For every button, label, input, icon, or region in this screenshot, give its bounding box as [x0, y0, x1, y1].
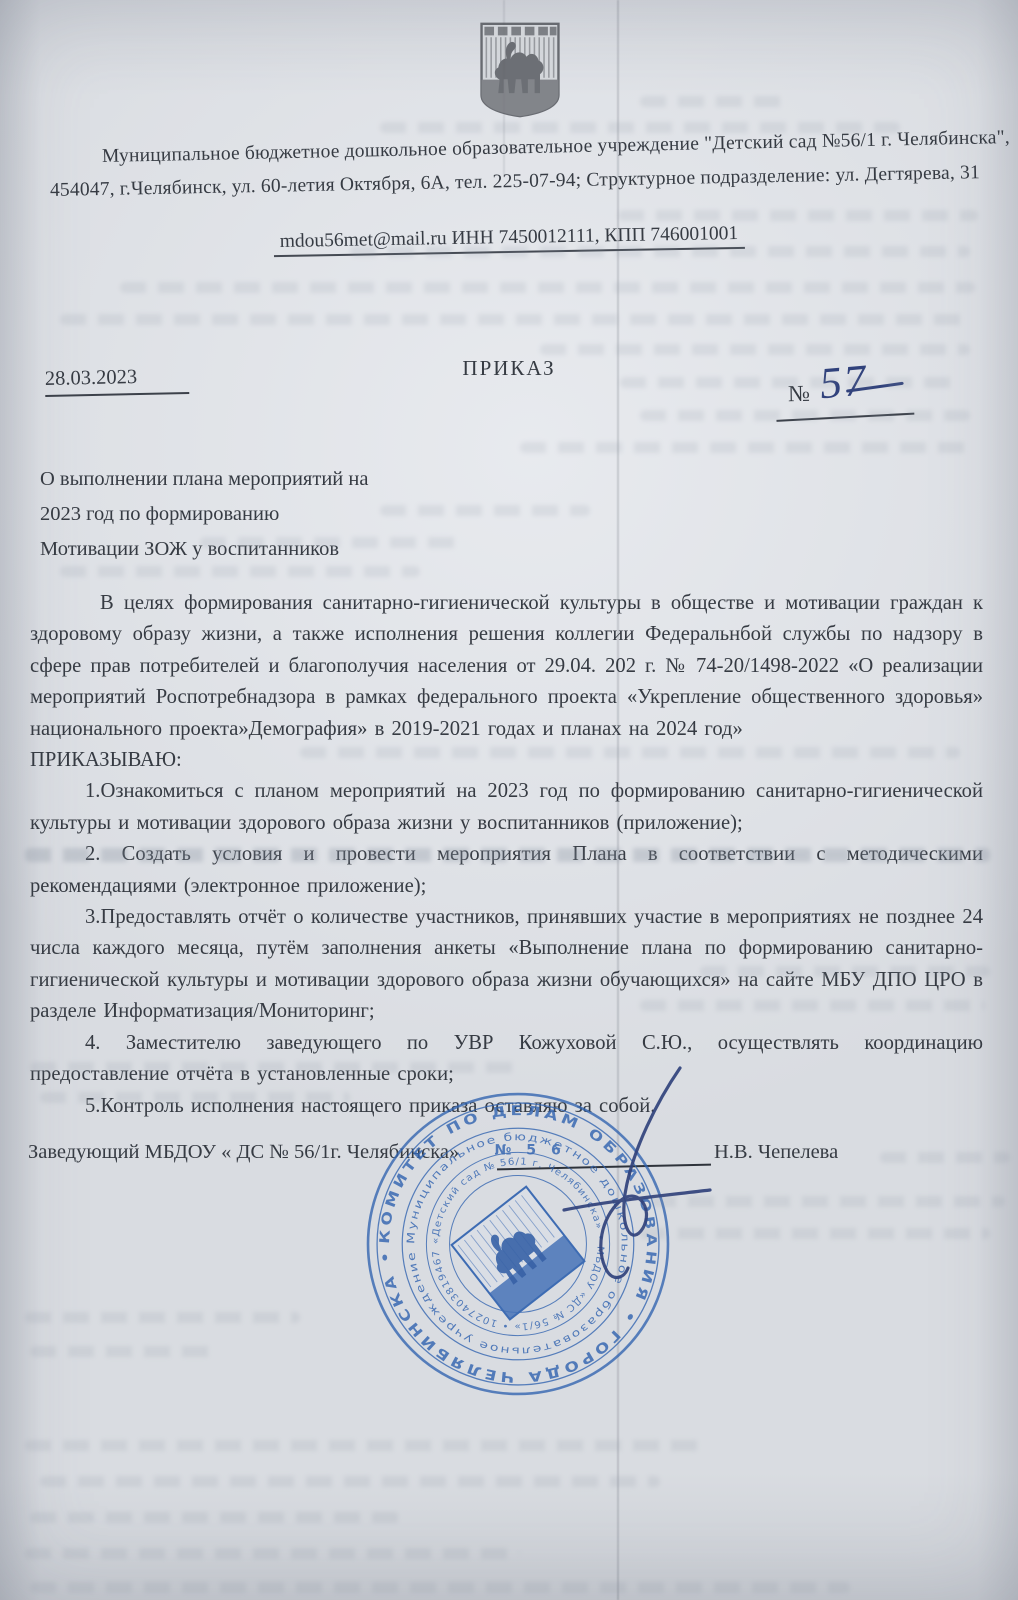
order-body: В целях формирования санитарно-гигиениче… [30, 588, 983, 1122]
org-address-line: 454047, г.Челябинск, ул. 60-летия Октябр… [50, 162, 980, 202]
bleed-through-artifact [880, 1152, 1010, 1163]
bleed-through-artifact [30, 1582, 850, 1593]
chelyabinsk-coat-of-arms-icon [476, 20, 564, 120]
handwritten-signature [542, 1058, 722, 1308]
number-sign: № [788, 381, 810, 407]
bleed-through-artifact [30, 1512, 400, 1523]
preamble-paragraph: В целях формирования санитарно-гигиениче… [30, 588, 983, 745]
subject-line: О выполнении плана мероприятий на [40, 462, 368, 497]
bleed-through-artifact [40, 1476, 660, 1487]
bleed-through-artifact [25, 1312, 300, 1323]
handwritten-order-number: 57 [818, 354, 870, 409]
order-subject: О выполнении плана мероприятий на 2023 г… [40, 462, 368, 567]
resolution-heading: ПРИКАЗЫВАЮ: [30, 745, 983, 776]
order-date: 28.03.2023 [45, 365, 190, 397]
bleed-through-artifact [520, 442, 970, 453]
bleed-through-artifact [380, 505, 590, 516]
order-title: ПРИКАЗ [462, 356, 555, 381]
bleed-through-artifact [618, 210, 978, 221]
number-underline [776, 413, 914, 422]
order-item-3: 3.Предоставлять отчёт о количестве участ… [30, 902, 983, 1028]
order-item-4: 4. Заместителю заведующего по УВР Кожухо… [30, 1028, 983, 1091]
order-item-1: 1.Ознакомиться с планом мероприятий на 2… [30, 776, 983, 839]
org-name-line: Муниципальное бюджетное дошкольное образ… [102, 127, 1010, 168]
bleed-through-artifact [25, 1548, 520, 1559]
org-contacts-line: mdou56met@mail.ru ИНН 7450012111, КПП 74… [274, 223, 745, 257]
bleed-through-artifact [60, 566, 420, 577]
order-number: № 57 [787, 363, 928, 425]
bleed-through-artifact [25, 1440, 700, 1451]
signer-name: Н.В. Чепелева [714, 1141, 838, 1164]
order-item-2: 2. Создать условия и провести мероприяти… [30, 839, 983, 902]
bleed-through-artifact [640, 96, 790, 107]
bleed-through-artifact [60, 314, 972, 325]
subject-line: Мотивации ЗОЖ у воспитанников [40, 532, 368, 567]
bleed-through-artifact [120, 282, 975, 293]
bleed-through-artifact [540, 344, 970, 355]
scanned-order-document: Муниципальное бюджетное дошкольное образ… [0, 0, 1018, 1600]
bleed-through-artifact [30, 1346, 220, 1357]
subject-line: 2023 год по формированию [40, 497, 368, 532]
